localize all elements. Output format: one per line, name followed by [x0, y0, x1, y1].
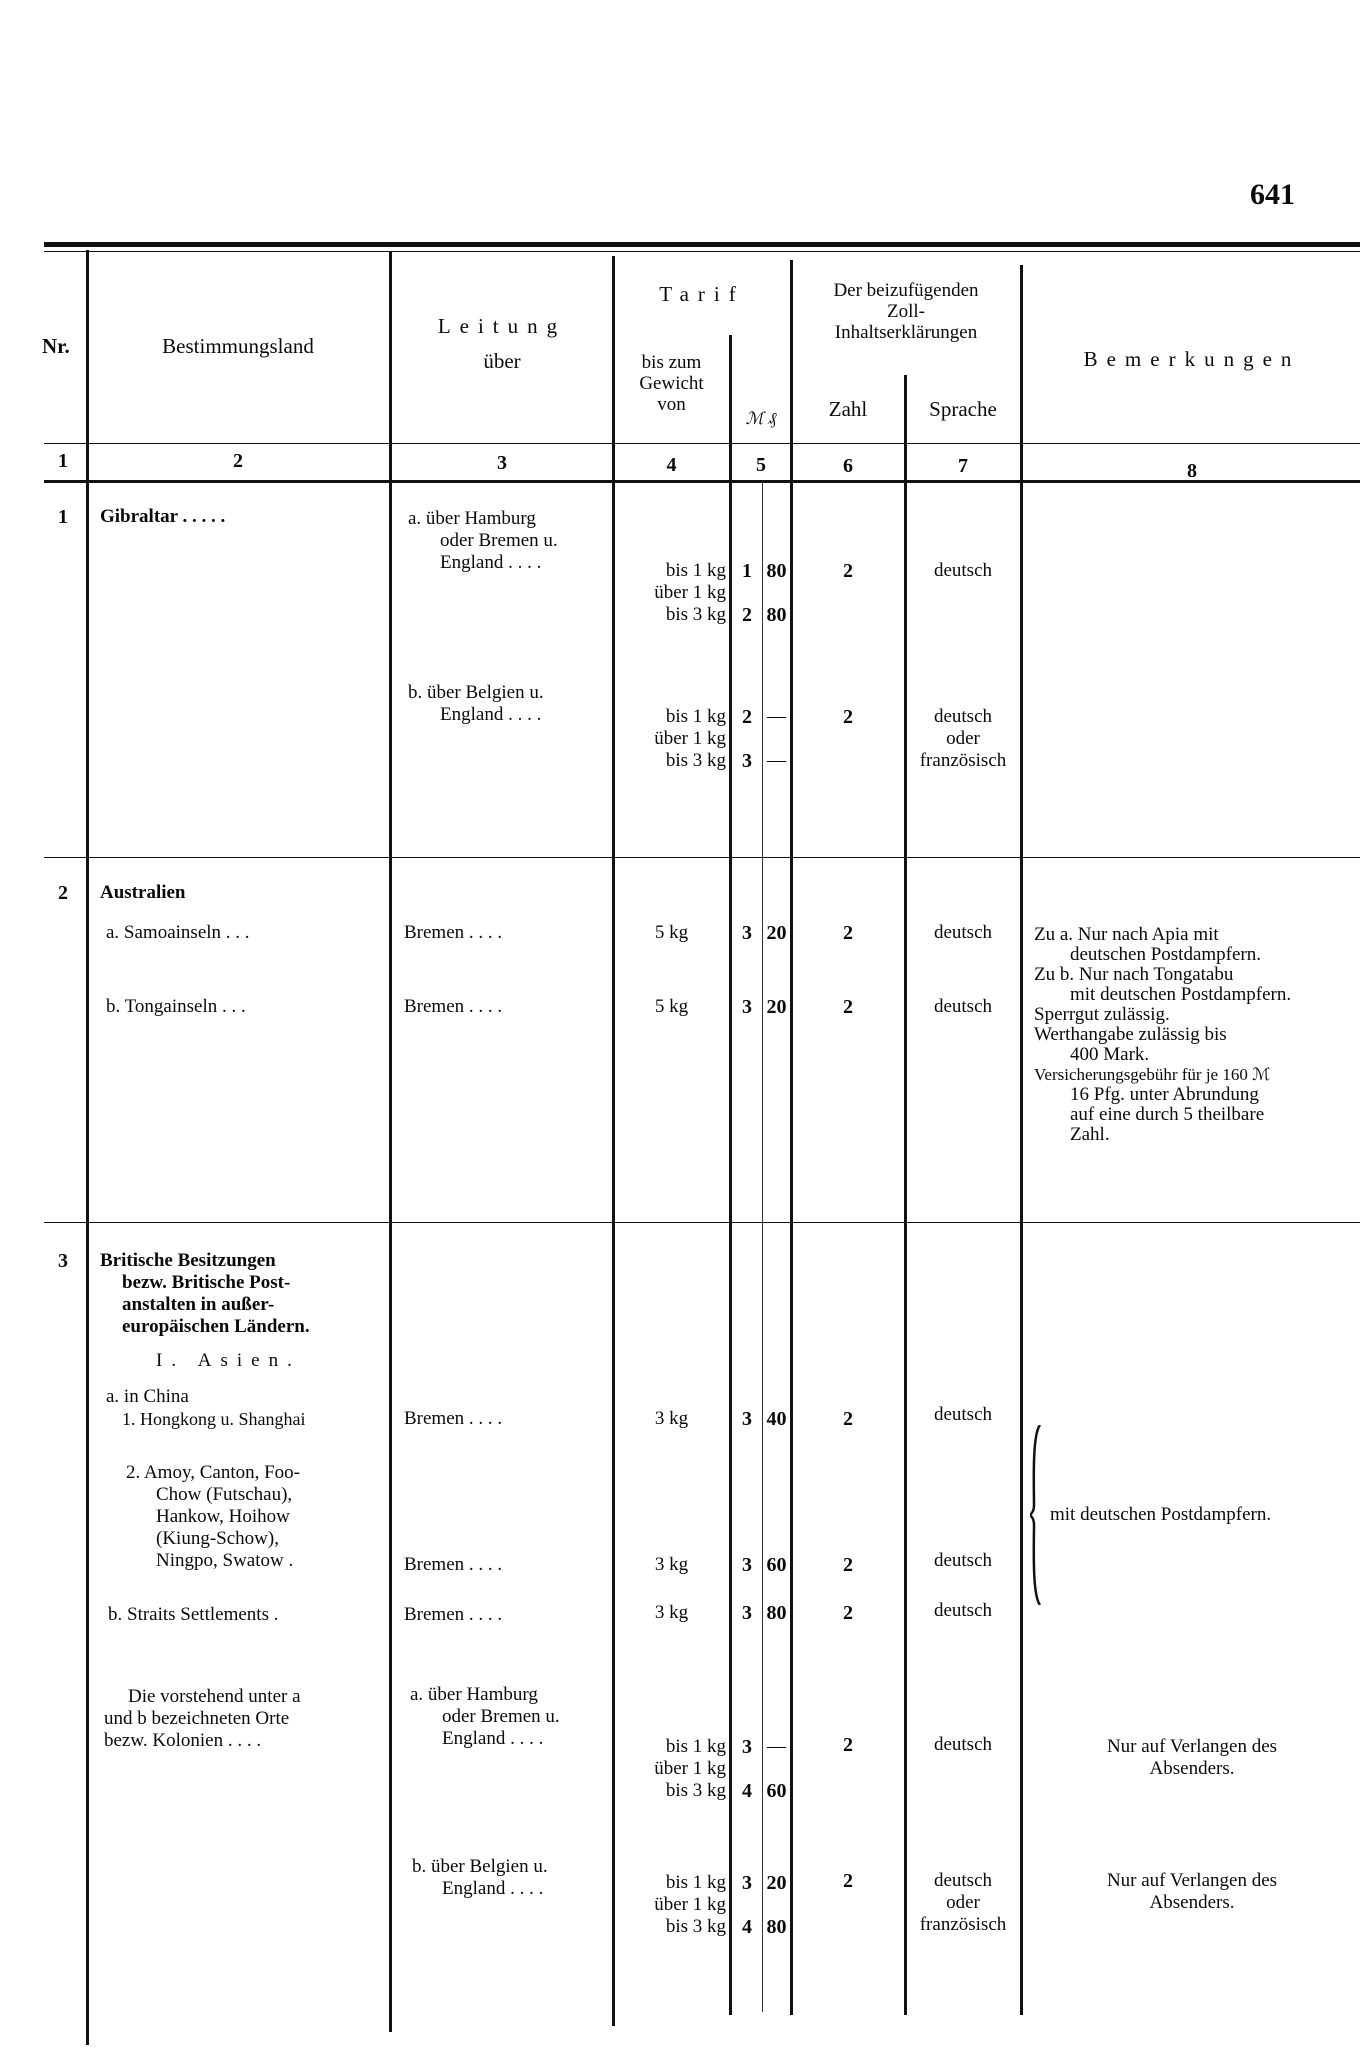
row-2-sub-b-mark: 3: [733, 996, 761, 1018]
row-3-col-route-a-1: a. über Hamburg: [410, 1684, 538, 1706]
row-1-a-lang: deutsch: [906, 560, 1020, 582]
row-2-remark-6: Werthangabe zulässig bis: [1034, 1024, 1227, 1046]
row-3-col-b-mark-1: 3: [733, 1872, 761, 1894]
page-number: 641: [1250, 178, 1295, 212]
header-destination: Bestimmungsland: [88, 335, 388, 357]
col-rule-4: [729, 335, 732, 2015]
row-3-item-2-pf: 60: [763, 1554, 790, 1576]
row-1-route-a-3: England . . . .: [440, 552, 541, 574]
col-number-6: 6: [792, 455, 904, 477]
row-2-sub-a-count: 2: [792, 922, 904, 944]
row-2-sub-b-route: Bremen . . . .: [404, 996, 502, 1018]
header-language: Sprache: [906, 398, 1020, 420]
row-2-nr: 2: [58, 882, 68, 904]
row-3-country-1: Britische Besitzungen: [100, 1250, 276, 1272]
row-1-nr: 1: [58, 506, 68, 528]
row-1-b-lang-1: deutsch: [906, 706, 1020, 728]
header-number-rule: [44, 443, 1360, 444]
row-2-sub-b: b. Tongainseln . . .: [106, 996, 246, 1018]
row-1-b-weight-1: bis 1 kg: [614, 706, 726, 728]
row-2-sub-a-route: Bremen . . . .: [404, 922, 502, 944]
col-rule-1: [86, 250, 89, 2045]
curly-brace-icon: [1030, 1425, 1044, 1605]
row-3-col-a-remark-1: Nur auf Verlangen des: [1024, 1736, 1360, 1758]
row-3-item-1: 1. Hongkong u. Shanghai: [122, 1408, 306, 1430]
row-2-sub-a-weight: 5 kg: [614, 922, 729, 944]
row-3-col-b-remark-2: Absenders.: [1024, 1892, 1360, 1914]
row-3-item-2-5: Ningpo, Swatow .: [156, 1550, 293, 1572]
row-2-remark-1: Zu a. Nur nach Apia mit: [1034, 924, 1219, 946]
header-weight-1: bis zum: [614, 352, 729, 374]
col-number-2: 2: [88, 450, 388, 472]
row-2-country: Australien: [100, 882, 186, 904]
row-separator-2: [44, 1222, 1360, 1223]
row-1-a-weight-3: bis 3 kg: [614, 604, 726, 626]
row-3-colonies-1: Die vorstehend unter a: [128, 1686, 301, 1708]
row-1-a-weight-2: über 1 kg: [614, 582, 726, 604]
row-1-b-pf-1: —: [763, 706, 790, 728]
row-1-a-pf-3: 80: [763, 604, 790, 626]
row-3-col-b-weight-3: bis 3 kg: [614, 1916, 726, 1938]
row-3-col-b-lang-2: oder: [906, 1892, 1020, 1914]
row-3-col-a-pf-3: 60: [763, 1780, 790, 1802]
row-1-b-lang-2: oder: [906, 728, 1020, 750]
row-2-remark-8: Versicherungsgebühr für je 160 ℳ: [1034, 1064, 1270, 1086]
header-weight-3: von: [614, 394, 729, 416]
row-3-country-4: europäischen Ländern.: [122, 1316, 310, 1338]
row-1-b-mark-3: 3: [733, 750, 761, 772]
row-3-item-2-lang: deutsch: [906, 1550, 1020, 1572]
row-2-sub-b-pf: 20: [763, 996, 790, 1018]
row-3-brace-remark: mit deutschen Postdampfern.: [1050, 1504, 1271, 1526]
row-3-sub-b-lang: deutsch: [906, 1600, 1020, 1622]
row-2-sub-b-count: 2: [792, 996, 904, 1018]
row-3-item-2-4: (Kiung-Schow),: [156, 1528, 279, 1550]
row-3-sub-b-route: Bremen . . . .: [404, 1604, 502, 1626]
row-3-col-a-weight-1: bis 1 kg: [614, 1736, 726, 1758]
row-3-item-1-mark: 3: [733, 1408, 761, 1430]
row-2-remark-4: mit deutschen Postdampfern.: [1070, 984, 1291, 1006]
row-2-remark-2: deutschen Postdampfern.: [1070, 944, 1261, 966]
row-3-sub-b-mark: 3: [733, 1602, 761, 1624]
row-3-item-1-lang: deutsch: [906, 1404, 1020, 1426]
col-number-3: 3: [392, 452, 612, 474]
row-1-b-count: 2: [792, 706, 904, 728]
header-count: Zahl: [792, 398, 904, 420]
header-tariff-title: Tarif: [614, 283, 790, 305]
header-customs-2: Zoll-: [792, 301, 1020, 323]
row-1-country: Gibraltar . . . . .: [100, 506, 225, 528]
row-2-remark-5: Sperrgut zulässig.: [1034, 1004, 1170, 1026]
row-2-sub-a-lang: deutsch: [906, 922, 1020, 944]
col-number-4: 4: [614, 454, 729, 476]
row-3-sub-b-weight: 3 kg: [614, 1602, 729, 1624]
row-2-remark-7: 400 Mark.: [1070, 1044, 1149, 1066]
row-3-nr: 3: [58, 1250, 68, 1272]
row-3-item-1-weight: 3 kg: [614, 1408, 729, 1430]
row-1-b-mark-1: 2: [733, 706, 761, 728]
row-1-a-count: 2: [792, 560, 904, 582]
row-3-sub-b-pf: 80: [763, 1602, 790, 1624]
col-number-7: 7: [906, 455, 1020, 477]
row-3-col-a-count: 2: [792, 1734, 904, 1756]
row-3-col-a-weight-2: über 1 kg: [614, 1758, 726, 1780]
row-2-sub-b-lang: deutsch: [906, 996, 1020, 1018]
row-1-a-pf-1: 80: [763, 560, 790, 582]
row-3-colonies-3: bezw. Kolonien . . . .: [104, 1730, 261, 1752]
row-3-col-a-mark-3: 4: [733, 1780, 761, 1802]
row-1-a-mark-3: 2: [733, 604, 761, 626]
row-3-col-b-weight-2: über 1 kg: [614, 1894, 726, 1916]
row-2-remark-3: Zu b. Nur nach Tongatabu: [1034, 964, 1233, 986]
row-2-remark-10: auf eine durch 5 theilbare: [1070, 1104, 1264, 1126]
row-3-col-a-remark-2: Absenders.: [1024, 1758, 1360, 1780]
row-3-item-2-count: 2: [792, 1554, 904, 1576]
row-1-b-pf-3: —: [763, 750, 790, 772]
col-number-1: 1: [58, 450, 68, 472]
row-3-item-2-1: 2. Amoy, Canton, Foo-: [126, 1462, 300, 1484]
row-3-col-a-lang: deutsch: [906, 1734, 1020, 1756]
header-customs-3: Inhaltserklärungen: [792, 322, 1020, 344]
header-route-sub: über: [392, 350, 612, 372]
row-3-col-b-pf-3: 80: [763, 1916, 790, 1938]
header-currency: ℳ ₰: [732, 408, 790, 430]
row-3-col-route-a-2: oder Bremen u.: [442, 1706, 560, 1728]
row-1-b-weight-3: bis 3 kg: [614, 750, 726, 772]
row-3-sub-b: b. Straits Settlements .: [108, 1604, 278, 1626]
row-3-colonies-2: und b bezeichneten Orte: [104, 1708, 289, 1730]
row-2-sub-a-mark: 3: [733, 922, 761, 944]
row-3-item-1-count: 2: [792, 1408, 904, 1430]
row-3-col-b-weight-1: bis 1 kg: [614, 1872, 726, 1894]
row-3-item-2-weight: 3 kg: [614, 1554, 729, 1576]
row-3-col-b-mark-3: 4: [733, 1916, 761, 1938]
col-number-8: 8: [1024, 460, 1360, 482]
row-3-col-a-mark-1: 3: [733, 1736, 761, 1758]
row-3-col-b-lang-3: französisch: [906, 1914, 1020, 1936]
header-weight-2: Gewicht: [614, 373, 729, 395]
row-3-col-route-a-3: England . . . .: [442, 1728, 543, 1750]
row-3-country-3: anstalten in außer-: [122, 1294, 274, 1316]
row-1-a-mark-1: 1: [733, 560, 761, 582]
row-2-sub-b-weight: 5 kg: [614, 996, 729, 1018]
row-3-section: I. Asien.: [156, 1350, 301, 1372]
row-3-col-b-pf-1: 20: [763, 1872, 790, 1894]
row-3-item-2-2: Chow (Futschau),: [156, 1484, 292, 1506]
row-1-route-b-1: b. über Belgien u.: [408, 682, 544, 704]
row-1-b-lang-3: französisch: [906, 750, 1020, 772]
row-3-item-2-mark: 3: [733, 1554, 761, 1576]
row-3-item-2-route: Bremen . . . .: [404, 1554, 502, 1576]
row-3-sub-a: a. in China: [106, 1386, 189, 1408]
table-top-rule: [44, 242, 1360, 247]
header-customs-1: Der beizufügenden: [792, 280, 1020, 302]
row-separator-1: [44, 857, 1360, 858]
row-2-sub-a: a. Samoainseln . . .: [106, 922, 250, 944]
row-3-col-route-b-2: England . . . .: [442, 1878, 543, 1900]
row-3-item-2-3: Hankow, Hoihow: [156, 1506, 290, 1528]
col-rule-6: [904, 375, 907, 2015]
header-nr: Nr.: [42, 335, 70, 357]
row-2-remark-11: Zahl.: [1070, 1124, 1110, 1146]
row-1-route-b-2: England . . . .: [440, 704, 541, 726]
row-2-remark-9: 16 Pfg. unter Abrundung: [1070, 1084, 1259, 1106]
header-remarks: Bemerkungen: [1024, 348, 1360, 370]
table-top-rule-thin: [44, 251, 1360, 252]
row-2-sub-a-pf: 20: [763, 922, 790, 944]
row-3-country-2: bezw. Britische Post-: [122, 1272, 290, 1294]
row-1-b-weight-2: über 1 kg: [614, 728, 726, 750]
row-1-a-weight-1: bis 1 kg: [614, 560, 726, 582]
header-route-title: Leitung: [392, 315, 612, 337]
row-1-route-a-2: oder Bremen u.: [440, 530, 558, 552]
row-3-sub-b-count: 2: [792, 1602, 904, 1624]
row-3-item-1-pf: 40: [763, 1408, 790, 1430]
row-3-item-1-route: Bremen . . . .: [404, 1408, 502, 1430]
row-3-col-b-count: 2: [792, 1870, 904, 1892]
row-3-col-route-b-1: b. über Belgien u.: [412, 1856, 548, 1878]
row-1-route-a-1: a. über Hamburg: [408, 508, 536, 530]
row-3-col-b-remark-1: Nur auf Verlangen des: [1024, 1870, 1360, 1892]
row-3-col-b-lang-1: deutsch: [906, 1870, 1020, 1892]
col-rule-2: [389, 252, 392, 2032]
row-3-col-a-pf-1: —: [763, 1736, 790, 1758]
col-number-5: 5: [732, 454, 790, 476]
col-rule-7: [1020, 265, 1023, 2015]
row-3-col-a-weight-3: bis 3 kg: [614, 1780, 726, 1802]
